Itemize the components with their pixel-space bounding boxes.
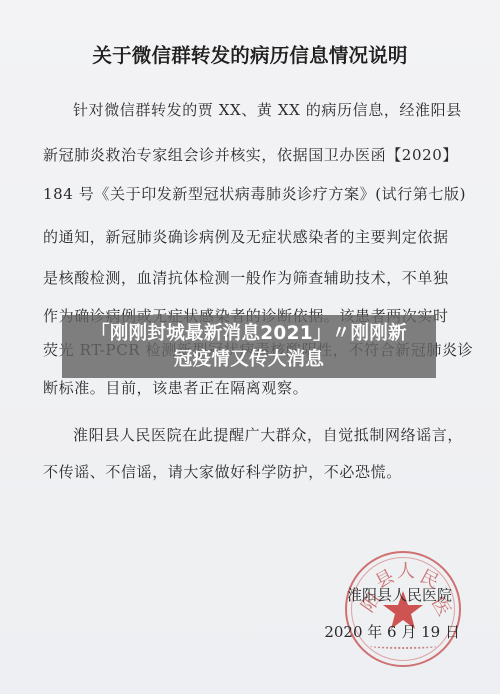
seal-char: 人 <box>397 557 415 583</box>
signature-date: 2020 年 6 月 19 日 <box>0 621 500 642</box>
seal-serial-number <box>369 643 439 649</box>
paragraph-1-line-2: 新冠肺炎救治专家组会诊并核实，依据国卫办医函【2020】 <box>43 145 463 165</box>
paragraph-1-line-5: 是核酸检测，血清抗体检测一般作为筛查辅助技术，不单独 <box>43 268 463 288</box>
official-seal: 阳 县 人 民 医 <box>345 551 461 667</box>
banner-line-1: 「刚刚封城最新消息2021」〃刚刚新 <box>91 321 407 347</box>
paragraph-2-line-1: 淮阳县人民医院在此提醒广大群众，自觉抵制网络谣言， <box>73 425 493 445</box>
overlay-caption-banner: 「刚刚封城最新消息2021」〃刚刚新 冠疫情又传大消息 <box>62 315 436 378</box>
document-title: 关于微信群转发的病历信息情况说明 <box>0 40 500 68</box>
paragraph-1-line-4: 的通知，新冠肺炎确诊病例及无症状感染者的主要判定依据 <box>43 227 463 247</box>
banner-line-2: 冠疫情又传大消息 <box>174 347 324 373</box>
paragraph-2-line-2: 不传谣、不信谣，请大家做好科学防护，不必恐慌。 <box>43 462 463 482</box>
paragraph-1-line-1: 针对微信群转发的贾 XX、黄 XX 的病历信息，经淮阳县 <box>73 100 493 120</box>
signature-organization: 淮阳县人民医院 <box>0 584 500 605</box>
paragraph-1-line-3: 184 号《关于印发新型冠状病毒肺炎诊疗方案》(试行第七版) <box>43 184 463 204</box>
signature-date-text: 2020 年 6 月 19 日 <box>324 623 460 641</box>
paragraph-1-line-8: 断标准。目前，该患者正在隔离观察。 <box>43 378 463 398</box>
